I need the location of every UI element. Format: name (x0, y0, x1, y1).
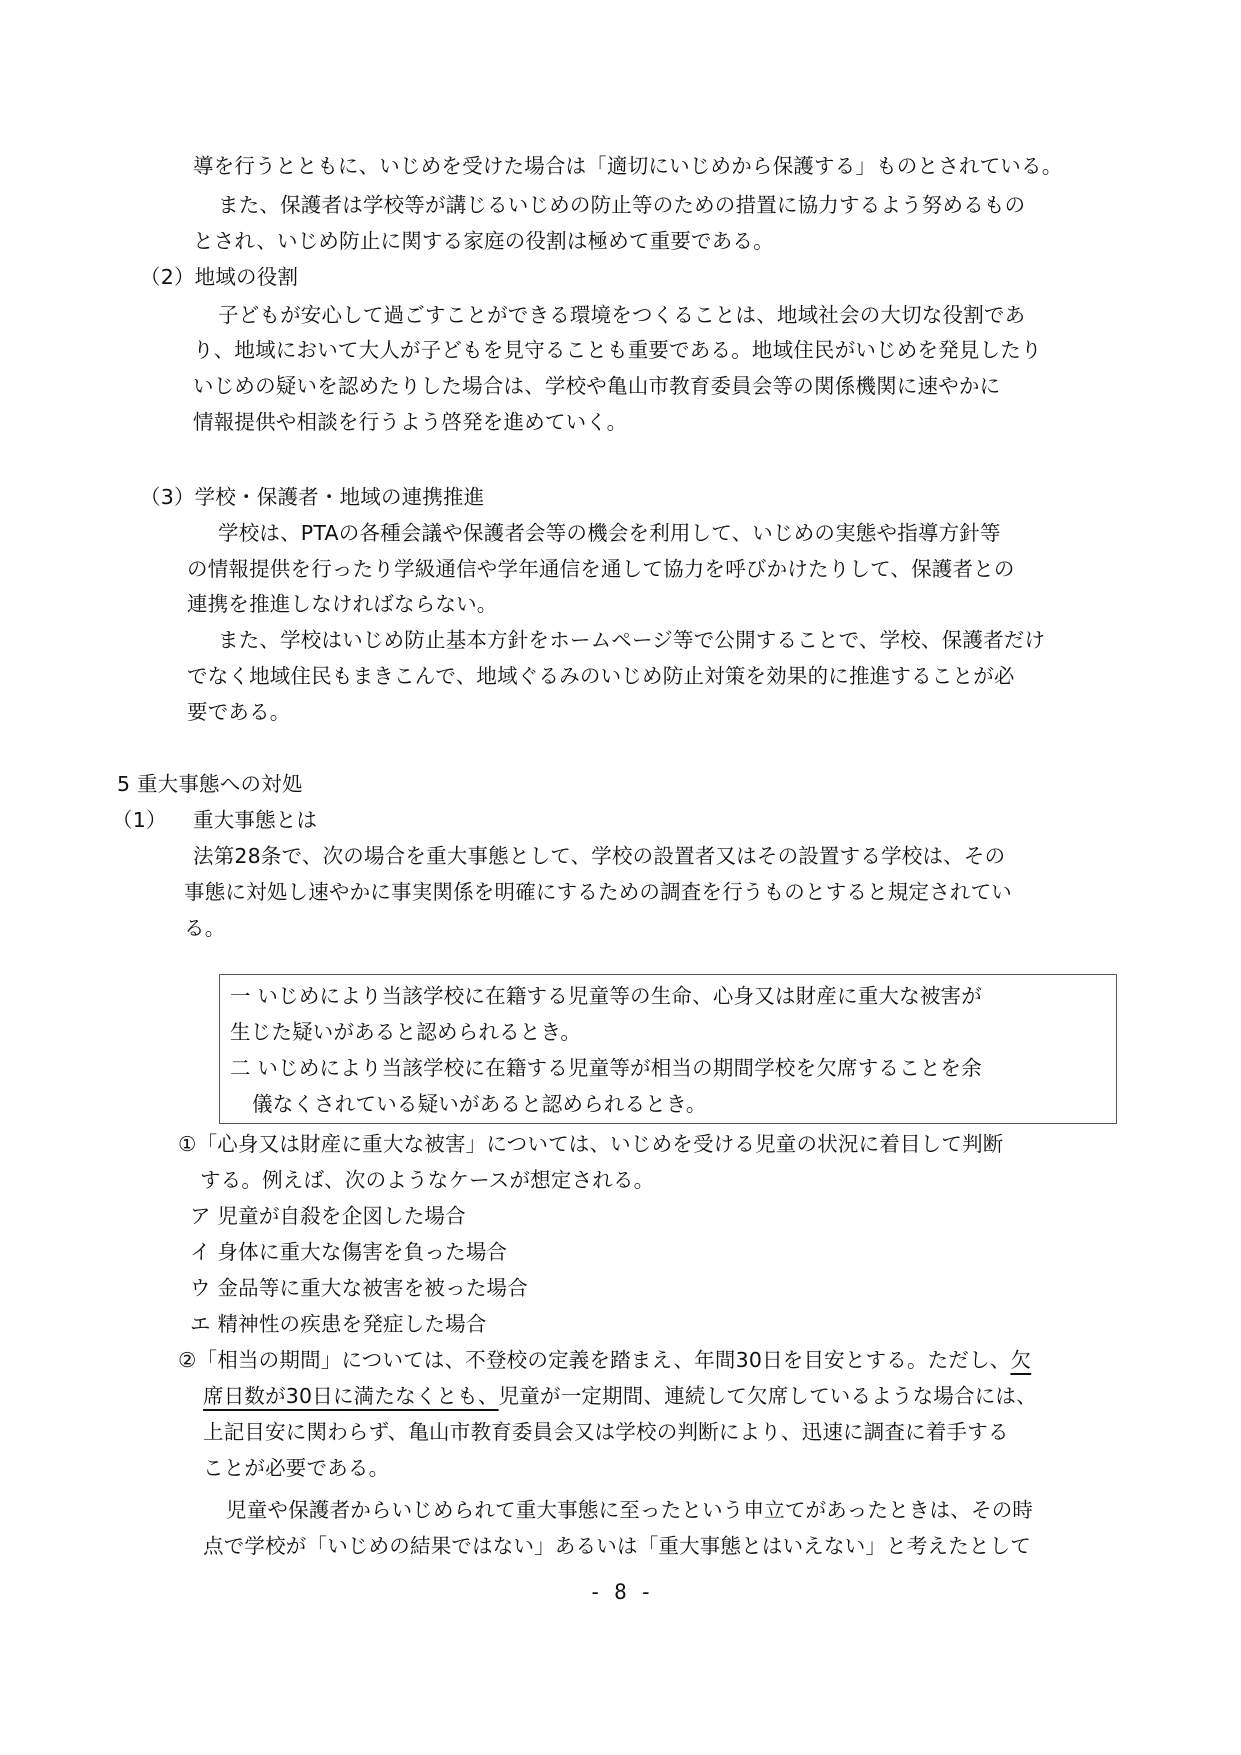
document-page: 導を行うとともに、いじめを受けた場合は「適切にいじめから保護する」ものとされてい… (0, 0, 1241, 1755)
paragraph-line: 児童や保護者からいじめられて重大事態に至ったという申立てがあったときは、その時 (226, 1496, 1033, 1524)
numbered-item-line: 席日数が30日に満たなくとも、児童が一定期間、連続して欠席しているような場合には… (203, 1382, 1037, 1410)
section-heading-community-role: （2）地域の役割 (140, 263, 298, 291)
paragraph-line: また、学校はいじめ防止基本方針をホームページ等で公開することで、学校、保護者だけ (218, 626, 1045, 654)
case-item: イ 身体に重大な傷害を負った場合 (190, 1238, 507, 1266)
paragraph-line: 子どもが安心して過ごすことができる環境をつくることは、地域社会の大切な役割であ (218, 301, 1025, 329)
paragraph-line: 法第28条で、次の場合を重大事態として、学校の設置者又はその設置する学校は、その (193, 842, 1005, 870)
section-heading-cooperation: （3）学校・保護者・地域の連携推進 (140, 483, 484, 511)
paragraph-line: 連携を推進しなければならない。 (187, 590, 498, 618)
paragraph-line: る。 (184, 914, 225, 942)
paragraph-line: 事態に対処し速やかに事実関係を明確にするための調査を行うものとすると規定されてい (184, 878, 1012, 906)
paragraph-line: 点で学校が「いじめの結果ではない」あるいは「重大事態とはいえない」と考えたとして (203, 1532, 1031, 1560)
page-number: - 8 - (0, 1578, 1241, 1606)
underlined-text: 席日数が30日に満たなくとも、 (203, 1384, 499, 1408)
clause-line: 二 いじめにより当該学校に在籍する児童等が相当の期間学校を欠席することを余 (230, 1054, 982, 1082)
paragraph-line: り、地域において大人が子どもを見守ることも重要である。地域住民がいじめを発見した… (193, 336, 1042, 364)
paragraph-line: 要である。 (187, 698, 291, 726)
paragraph-line: 学校は、PTAの各種会議や保護者会等の機会を利用して、いじめの実態や指導方針等 (218, 519, 1001, 547)
numbered-item-line: する。例えば、次のようなケースが想定される。 (200, 1166, 654, 1194)
subsection-title: 重大事態とは (193, 806, 317, 834)
paragraph-line: の情報提供を行ったり学級通信や学年通信を通して協力を呼びかけたりして、保護者との (187, 555, 1015, 583)
paragraph-line: 導を行うとともに、いじめを受けた場合は「適切にいじめから保護する」ものとされてい… (193, 152, 1062, 180)
numbered-item-line: ①「心身又は財産に重大な被害」については、いじめを受ける児童の状況に着目して判断 (178, 1130, 1003, 1158)
paragraph-line: いじめの疑いを認めたりした場合は、学校や亀山市教育委員会等の関係機関に速やかに (193, 372, 1000, 400)
underlined-text: 欠 (1010, 1348, 1031, 1372)
paragraph-line: 情報提供や相談を行うよう啓発を進めていく。 (193, 408, 627, 436)
chapter-heading-serious-incidents: 5 重大事態への対処 (117, 770, 303, 798)
item-text: 児童が一定期間、連続して欠席しているような場合には、 (499, 1384, 1037, 1408)
case-item: エ 精神性の疾患を発症した場合 (190, 1310, 487, 1338)
numbered-item-line: 上記目安に関わらず、亀山市教育委員会又は学校の判断により、迅速に調査に着手する (203, 1418, 1009, 1446)
item-text: ②「相当の期間」については、不登校の定義を踏まえ、年間30日を目安とする。ただし… (178, 1348, 1010, 1372)
case-item: ウ 金品等に重大な被害を被った場合 (190, 1274, 528, 1302)
case-item: ア 児童が自殺を企図した場合 (190, 1202, 466, 1230)
paragraph-line: また、保護者は学校等が講じるいじめの防止等のための措置に協力するよう努めるもの (218, 191, 1025, 219)
numbered-item-line: ②「相当の期間」については、不登校の定義を踏まえ、年間30日を目安とする。ただし… (178, 1346, 1031, 1374)
subsection-number: （1） (112, 806, 167, 834)
paragraph-line: とされ、いじめ防止に関する家庭の役割は極めて重要である。 (193, 227, 774, 255)
paragraph-line: でなく地域住民もまきこんで、地域ぐるみのいじめ防止対策を効果的に推進することが必 (187, 662, 1015, 690)
clause-line: 生じた疑いがあると認められるとき。 (230, 1018, 581, 1046)
clause-line: 一 いじめにより当該学校に在籍する児童等の生命、心身又は財産に重大な被害が (230, 982, 982, 1010)
clause-line: 儀なくされている疑いがあると認められるとき。 (252, 1090, 707, 1118)
numbered-item-line: ことが必要である。 (203, 1454, 389, 1482)
